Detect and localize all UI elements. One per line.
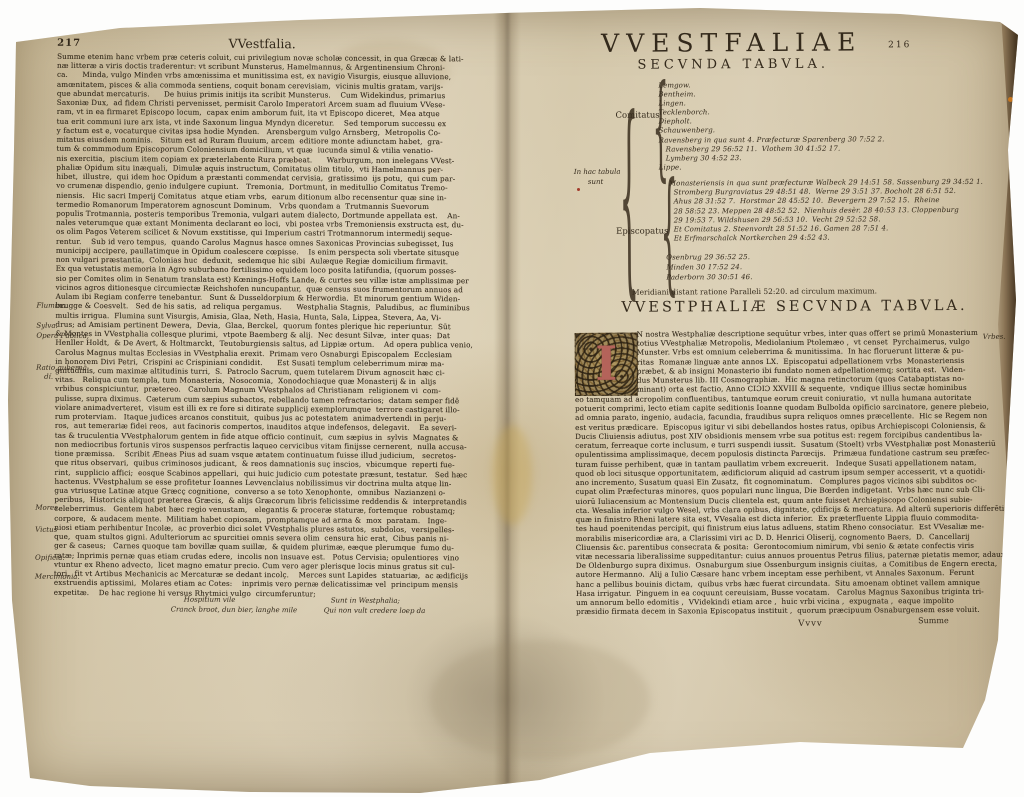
verse-line: Qui non vult credere loep da [324, 606, 426, 615]
episcopatus-see: Paderborn 30 30:51 46. [666, 272, 752, 282]
comitatus-item: Ravensberg in qua sunt 4. Præfecturæ Spa… [659, 135, 885, 145]
section-title: VVESTPHALIÆ SECVNDA TABVLA. [589, 298, 999, 316]
comitatus-label: Comitatus [615, 111, 659, 121]
meridian-note: Meridiani distant ratione Paralleli 52:2… [594, 286, 914, 297]
verse-line: Cranck broot, dun bier, langhe mile [171, 606, 297, 615]
page-number-right: 216 [888, 40, 911, 50]
outer-brace: { [619, 93, 639, 303]
episcopatus-see: Minden 30 17:52 24. [666, 262, 752, 272]
verse-line: Sunt in Westphalia; [331, 596, 400, 604]
comitatus-list: Lemgow.Bentheim.Lingen.Tecklenborch.Diep… [658, 80, 884, 172]
comitatus-item: Lippe. [659, 162, 885, 172]
drop-cap-letter: I [576, 336, 637, 393]
text-line: præsidio firmata decem in Saxonia Episco… [576, 605, 1012, 617]
page-title: VVESTFALIAE [601, 27, 861, 57]
signature-mark: Vvvv [798, 619, 823, 629]
running-title-left: VVestfalia. [177, 36, 347, 52]
catchword: Summe [918, 616, 949, 625]
right-page-text: eo tamquam ad acropolim confluentibus, t… [575, 393, 1012, 617]
margin-note-ratio-gubernandi-2: dí. [44, 373, 53, 381]
woodcut-initial: I [575, 333, 638, 396]
page-number-left: 217 [57, 38, 81, 49]
right-page-text-indented: N nostra Westphaliæ descriptione sequūtu… [637, 328, 1009, 395]
right-page: VVESTFALIAE SECVNDA TABVLA. 216 In hac t… [503, 0, 1024, 797]
episcopatus-item: 28 58:52 23. Meppen 28 48:52 52. Nienhui… [669, 205, 983, 216]
book-spread: 217 VVestfalia. Flumina. Sylva. Opera Pu… [0, 0, 1024, 797]
verse-line: Hospitium vile [184, 596, 236, 604]
episcopatus-item: Et Erfmarschalck Nortkerchen 29 4:52 43. [669, 233, 983, 244]
episcopatus-see: Osenbrug 29 36:52 25. [666, 252, 752, 262]
episcopatus-label: Episcopatus [616, 227, 668, 237]
episcopatus-list: Monasteriensis in qua sunt præfecturæ Wa… [669, 178, 983, 244]
left-page-text: Summe etenim hanc vrbem præ ceteris colu… [54, 52, 485, 599]
left-page: 217 VVestfalia. Flumina. Sylva. Opera Pu… [0, 0, 507, 797]
episcopatus-sees-list: Osenbrug 29 36:52 25.Minden 30 17:52 24.… [666, 252, 752, 282]
